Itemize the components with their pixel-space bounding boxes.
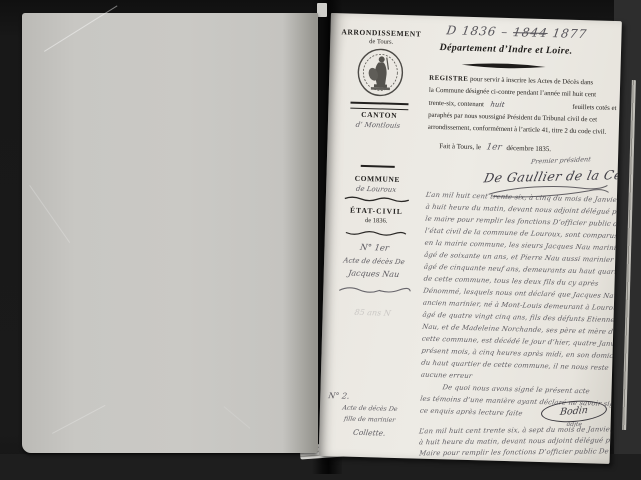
margin-squiggle-rule [345,229,407,237]
fait-day-handwriting: 1er [485,142,502,152]
act1-margin-flourish [337,284,411,296]
act1-margin-name: Jacques Nau [325,268,422,280]
reference-prefix: D 1836 – [446,23,510,39]
page-edge-tab [317,3,327,17]
registre-paragraph: REGISTRE pour servir à inscrire les Acte… [428,73,618,139]
photo-background: ARRONDISSEMENT de Tours. CANTON d’ Montl… [0,0,641,480]
canton-label: CANTON [334,109,424,121]
fait-start: Fait à Tours, le [439,142,481,151]
act1-margin-age-note: 85 ans N [324,307,421,319]
tribunal-civil-tours-seal-icon [356,47,405,98]
crease-mark [44,5,117,51]
margin-divider-rule [361,165,395,171]
act1-margin-caption: Acte de décès De [325,256,422,267]
reference-struck-year: 1844 [512,25,549,40]
registre-line-1-rest: pour servir à inscrire les Actes de Décè… [468,76,593,86]
left-blank-page [22,13,318,453]
president-title-note: Premier président [530,155,591,166]
archival-reference-note: D 1836 – 1844 1877 [446,23,589,41]
act2-margin-subject: fille de marinier [321,415,418,425]
commune-value-handwriting: de Louroux [328,184,425,195]
canton-value-handwriting: d’ Montlouis [329,120,426,131]
act2-margin-name: Collette. [321,427,418,439]
swelled-divider-rule [462,62,546,70]
margin-squiggle-rule [344,195,410,203]
crease-mark [224,406,251,429]
crease-mark [29,185,70,243]
act2-line: Maire pour remplir les fonctions D’offic… [419,446,612,459]
death-act-2-text: L’an mil huit cent trente six, à sept du… [419,424,611,459]
reference-final-year: 1877 [551,26,588,41]
commune-label: COMMUNE [332,173,422,185]
registre-line-3-gap [504,107,572,109]
registre-word: REGISTRE [429,75,468,83]
feuillets-count-handwriting: huit [489,99,505,111]
etat-civil-year: de 1836. [331,216,421,226]
etat-civil-label: ÉTAT-CIVIL [331,205,421,217]
act2-margin-number: N° 2. [328,391,425,403]
act1-margin-number: N° 1er [326,242,423,255]
adjoint-signature-name: Bodin [559,405,588,418]
fait-end: décembre 1835. [506,144,551,153]
act2-margin-caption: Acte de décès De [321,404,418,414]
department-title: Département d’Indre et Loire. [428,42,584,57]
register-page: ARRONDISSEMENT de Tours. CANTON d’ Montl… [319,13,622,464]
arrondissement-sub-label: de Tours. [336,37,426,47]
death-act-1-text: L’an mil huit cent trente six, à cinq du… [420,189,618,422]
fait-a-tours-line: Fait à Tours, le 1er décembre 1835. [439,141,551,154]
crease-mark [52,405,105,434]
